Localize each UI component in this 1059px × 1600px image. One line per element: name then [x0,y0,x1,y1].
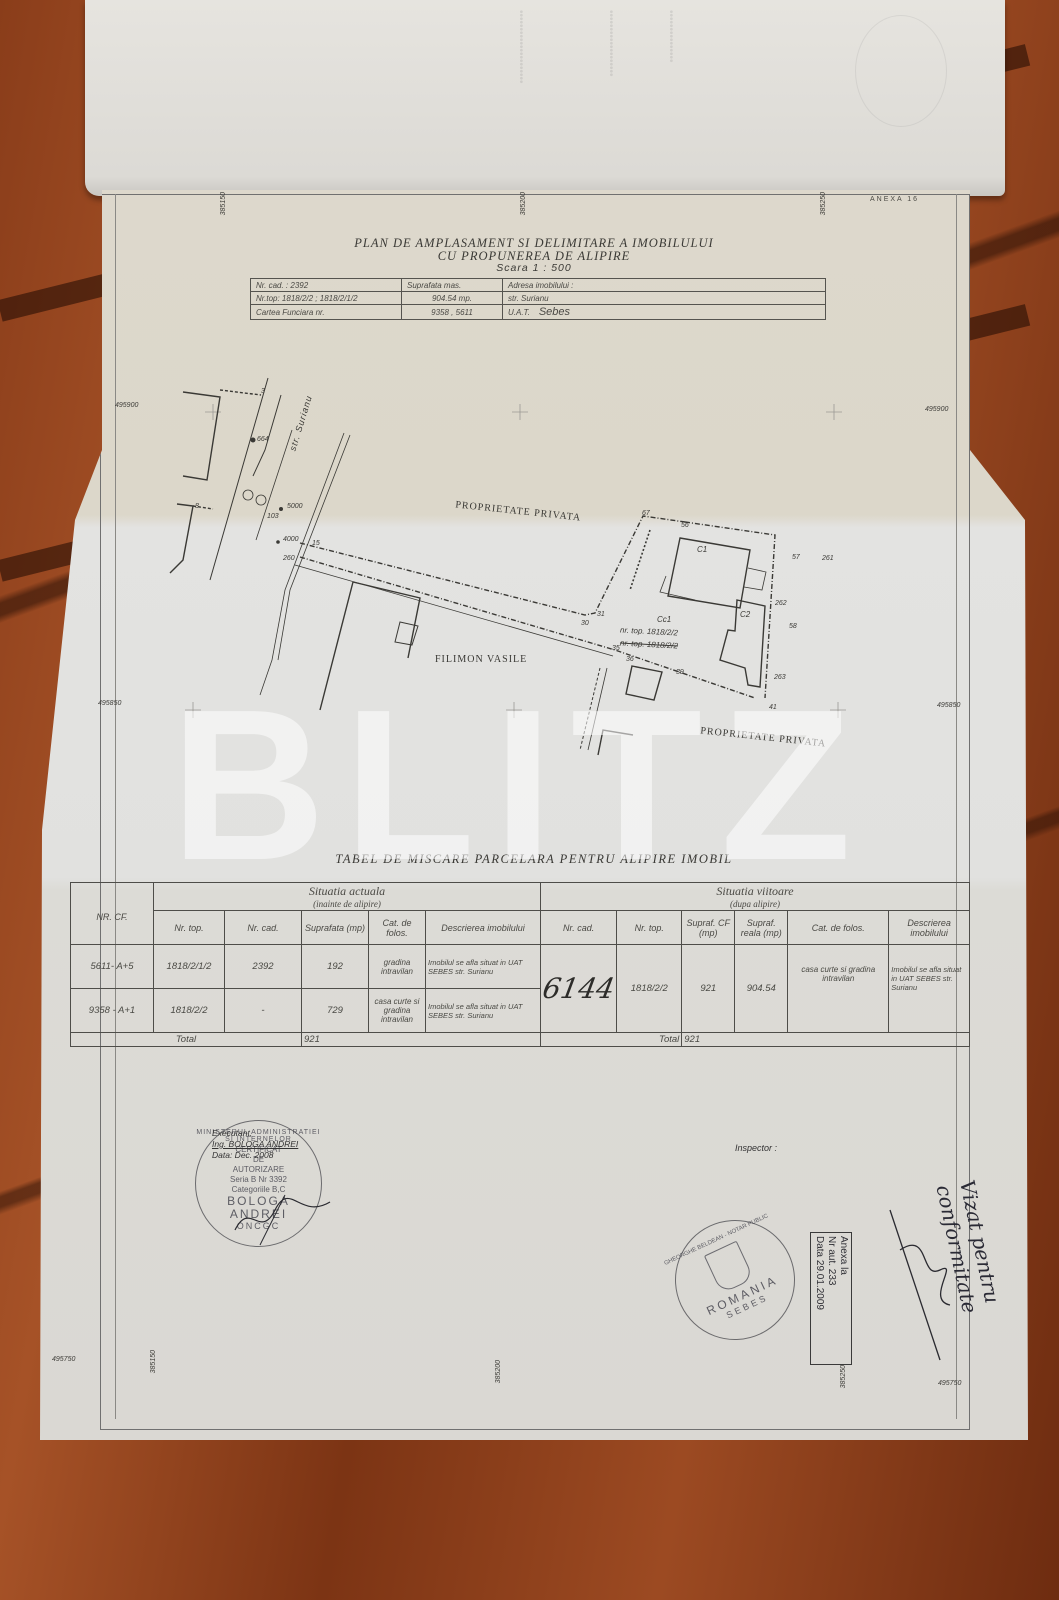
point-label: 8 [195,503,199,510]
cell-cf: 5611- A+5 [71,945,154,989]
point-label: 261 [822,555,834,562]
bleed-through-text: ••••••••••••••••••••• [515,10,526,170]
cell-future-cad: 6144 [541,945,617,1033]
col-future-nr-cad: Nr. cad. [541,911,617,945]
handwritten-cad: 6144 [540,972,617,1005]
cell-cad: - [225,989,302,1033]
executant-label: Executant, [212,1128,298,1139]
coord-north-bottom-right: 495750 [938,1380,961,1387]
col-future-cat-folos: Cat. de folos. [788,911,889,945]
col-future-supraf-reala: Supraf. reala (mp) [735,911,788,945]
point-label: 57 [792,554,800,561]
cell-cf: 9358 - A+1 [71,989,154,1033]
annex-box-line: Data 29.01.2009 [814,1236,825,1310]
point-label: 4000 [283,536,299,543]
executant-date: Data: Dec. 2008 [212,1150,298,1161]
parcel-id-label: Cc1 [657,615,671,624]
annex-authorization-box: Anexa la Nr aut. 233 Data 29.01.2009 [810,1232,852,1365]
cell-cat: casa curte si gradina intravilan [369,989,426,1033]
cell-future-supraf-reala: 904.54 [735,945,788,1033]
total-row: Total 921 Total 921 [71,1033,970,1047]
col-future-supraf-cf: Supraf. CF (mp) [682,911,735,945]
point-label: 31 [597,611,605,618]
inspector-label: Inspector : [735,1143,777,1153]
cell-desc: Imobilul se afla situat in UAT SEBES str… [426,989,541,1033]
point-label: 664 [257,436,269,443]
col-cat-folos: Cat. de folos. [369,911,426,945]
point-label: 56 [681,522,689,529]
total-label-future: Total [541,1033,682,1047]
cell-top: 1818/2/2 [154,989,225,1033]
empty-corner [71,883,154,911]
point-label: 36 [626,656,634,663]
point-label: 58 [789,623,797,630]
col-future-descriere: Descrierea imobilului [889,911,970,945]
notary-signature [880,1190,960,1370]
col-future-nr-top: Nr. top. [617,911,682,945]
point-label: 35 [612,645,620,652]
coord-east-bottom-right: 385250 [840,1365,847,1388]
executant-signature [230,1190,340,1250]
total-future: 921 [682,1033,970,1047]
watermark: BLITZ [120,700,920,870]
building-c1-label: C1 [697,545,707,554]
cell-suprafata: 729 [302,989,369,1033]
coord-north-bottom-left: 495750 [52,1356,75,1363]
cell-future-desc: Imobilul se afla situat in UAT SEBES str… [889,945,970,1033]
cell-top: 1818/2/1/2 [154,945,225,989]
total-current: 921 [302,1033,541,1047]
total-label-current: Total [71,1033,302,1047]
cell-cat: gradina intravilan [369,945,426,989]
cell-future-cat: casa curte si gradina intravilan [788,945,889,1033]
col-nr-cad: Nr. cad. [225,911,302,945]
cell-future-supraf-cf: 921 [682,945,735,1033]
annex-box-line: Anexa la [838,1236,849,1275]
col-suprafata: Suprafata (mp) [302,911,369,945]
col-nr-cf: NR. CF. [71,911,154,945]
col-nr-top: Nr. top. [154,911,225,945]
previous-page: ••••••••••••••••••••• ••••••••••••••••••… [85,0,1005,196]
cell-future-top: 1818/2/2 [617,945,682,1033]
bleed-through-stamp [855,15,947,127]
cell-desc: Imobilul se afla situat in UAT SEBES str… [426,945,541,989]
point-label: 30 [581,620,589,627]
executant-block: Executant, Ing. BOLOGA ANDREI Data: Dec.… [212,1128,298,1161]
cadastral-plan-sheet: ANEXA 16 385150 385200 385250 PLAN DE AM… [40,190,1028,1440]
coord-east-bottom-mid: 385200 [495,1360,502,1383]
coord-east-bottom-left: 385150 [150,1350,157,1373]
point-label: 3 [261,388,265,395]
point-label: 67 [642,510,650,517]
point-label: 15 [312,540,320,547]
parcel-movement-table: Situatia actuala (inainte de alipire) Si… [70,882,970,1047]
cell-cad: 2392 [225,945,302,989]
point-label: 103 [267,513,279,520]
col-descriere: Descrierea imobilului [426,911,541,945]
point-label: 262 [775,600,787,607]
bleed-through-text: ••••••••••••••••••• [605,10,616,150]
stamp-line: AUTORIZARE [196,1165,321,1175]
point-label: 260 [283,555,295,562]
stamp-line: Seria B Nr 3392 [196,1175,321,1185]
bleed-through-text: ••••••••••••••• [665,10,676,110]
table-row: 5611- A+5 1818/2/1/2 2392 192 gradina in… [71,945,970,989]
point-label: 5000 [287,503,303,510]
executant-name: Ing. BOLOGA ANDREI [212,1139,298,1150]
cell-suprafata: 192 [302,945,369,989]
building-c2-label: C2 [740,610,750,619]
annex-box-line: Nr aut. 233 [826,1236,837,1285]
